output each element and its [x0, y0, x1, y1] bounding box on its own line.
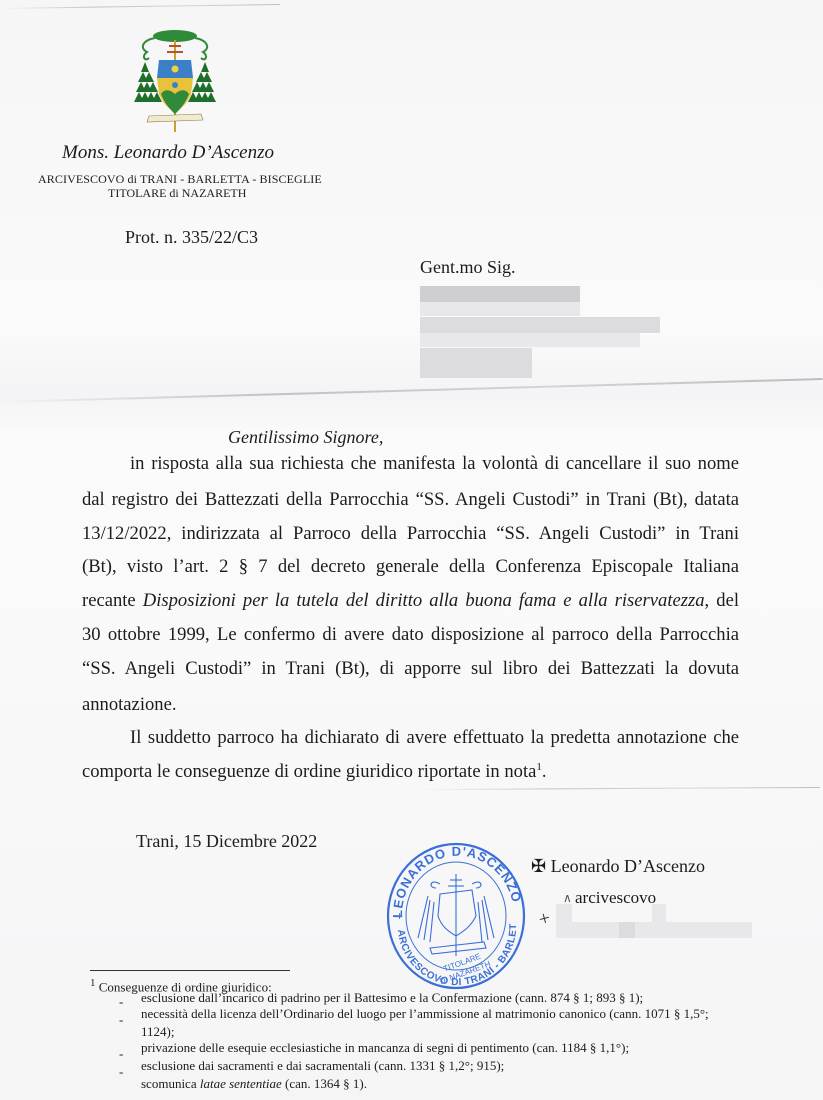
text-run: , del — [705, 590, 739, 611]
body-text-line: 13/12/2022, indirizzata al Parroco della… — [82, 525, 739, 544]
list-bullet: - — [119, 1046, 123, 1062]
footnote-number: 1 — [90, 977, 96, 989]
signatory-name-text: Leonardo D’Ascenzo — [551, 856, 705, 876]
episcopal-cross-icon: ✠ — [531, 856, 546, 876]
list-bullet: - — [119, 1012, 123, 1028]
footnote-item: esclusione dall’incarico di padrino per … — [141, 990, 643, 1006]
salutation: Gentilissimo Signore, — [228, 427, 383, 448]
sender-name: Mons. Leonardo D’Ascenzo — [62, 142, 274, 164]
sender-subtitle: TITOLARE di NAZARETH — [108, 186, 246, 201]
svg-text:LEONARDO D'ASCENZO: LEONARDO D'ASCENZO — [390, 844, 525, 919]
footnote-item: privazione delle esequie ecclesiastiche … — [141, 1040, 629, 1056]
paper-fold — [420, 787, 820, 790]
footnote-item: necessità della licenza dell’Ordinario d… — [141, 1006, 709, 1022]
list-bullet: - — [119, 994, 123, 1010]
official-stamp-icon: LEONARDO D'ASCENZO ARCIVESCOVO DI TRANI … — [380, 838, 530, 990]
latin-term: latae sententiae — [200, 1076, 282, 1091]
body-text-line: annotazione. — [82, 696, 739, 715]
svg-text:+: + — [396, 909, 403, 923]
signatory-name: ✠ Leonardo D’Ascenzo — [531, 856, 705, 877]
text-run: (can. 1364 § 1). — [282, 1076, 367, 1091]
body-text-line: “SS. Angeli Custodi” in Trani (Bt), di a… — [82, 660, 739, 679]
body-text-line: recante Disposizioni per la tutela del d… — [82, 592, 739, 611]
cited-document-title: Disposizioni per la tutela del diritto a… — [143, 590, 705, 611]
body-text-line: (Bt), visto l’art. 2 § 7 del decreto gen… — [82, 558, 739, 577]
letter-page: Mons. Leonardo D’Ascenzo ARCIVESCOVO di … — [0, 0, 823, 1100]
list-bullet: - — [119, 1064, 123, 1080]
footnote-item: scomunica latae sententiae (can. 1364 § … — [141, 1076, 367, 1092]
text-run: . — [542, 761, 547, 782]
body-text-line: in risposta alla sua richiesta che manif… — [130, 455, 739, 474]
text-run: recante — [82, 590, 143, 611]
text-run: scomunica — [141, 1076, 200, 1091]
footnote-separator — [90, 970, 290, 971]
handwritten-cross-icon: + — [536, 907, 553, 932]
footnote-item-continuation: 1124); — [141, 1024, 174, 1040]
paper-fold — [0, 378, 823, 403]
paper-fold — [0, 4, 280, 9]
body-text-line: 30 ottobre 1999, Le confermo di avere da… — [82, 626, 739, 645]
body-text-line: Il suddetto parroco ha dichiarato di ave… — [130, 729, 739, 748]
coat-of-arms-icon — [133, 28, 217, 132]
body-text-line: dal registro dei Battezzati della Parroc… — [82, 491, 739, 510]
protocol-number: Prot. n. 335/22/C3 — [125, 227, 258, 248]
body-text-line: comporta le conseguenze di ordine giurid… — [82, 762, 739, 782]
signatory-role: arcivescovo — [575, 888, 656, 908]
footnote-item: esclusione dai sacramenti e dai sacramen… — [141, 1058, 504, 1074]
text-run: comporta le conseguenze di ordine giurid… — [82, 761, 536, 782]
letter-date: Trani, 15 Dicembre 2022 — [136, 831, 317, 852]
sender-title: ARCIVESCOVO di TRANI - BARLETTA - BISCEG… — [38, 172, 322, 187]
recipient-label: Gent.mo Sig. — [420, 257, 516, 278]
